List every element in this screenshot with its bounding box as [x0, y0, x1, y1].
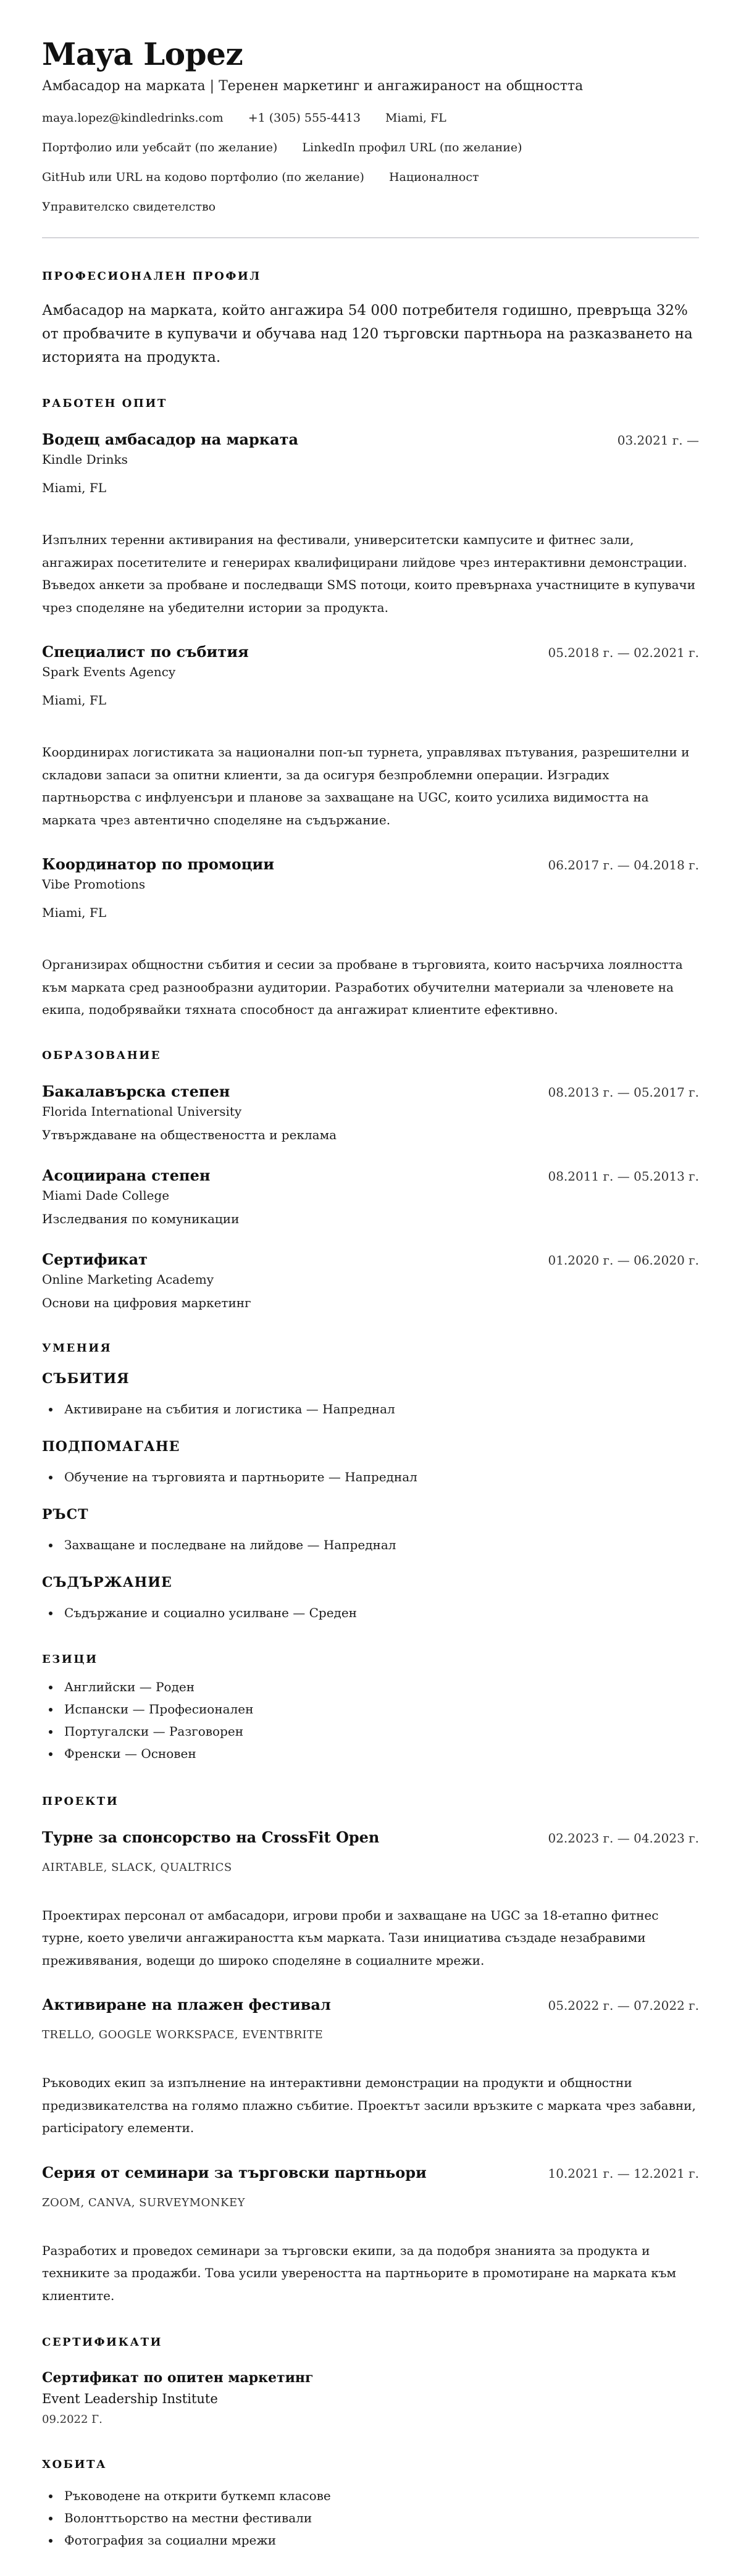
job-title: Водещ амбасадор на марката	[42, 430, 298, 450]
language-item: Португалски — Разговорен	[61, 1720, 699, 1742]
skills-section: УМЕНИЯ СЪБИТИЯ Активиране на събития и л…	[42, 1341, 699, 1624]
job-dates: 03.2021 г. —	[617, 433, 699, 448]
project-entry: Серия от семинари за търговски партньори…	[42, 2163, 699, 2307]
job-description: Организирах общностни събития и сесии за…	[42, 953, 699, 1021]
header-divider	[42, 237, 699, 238]
job-description: Координирах логистиката за национални по…	[42, 741, 699, 831]
resume-page: Maya Lopez Амбасадор на марката | Терене…	[0, 0, 741, 2576]
project-dates: 05.2022 г. — 07.2022 г.	[548, 1998, 699, 2013]
school: Online Marketing Academy	[42, 1271, 699, 1288]
language-item: Испански — Професионален	[61, 1698, 699, 1720]
certificates-section: СЕРТИФИКАТИ Сертификат по опитен маркети…	[42, 2335, 699, 2428]
profile-summary: Амбасадор на марката, който ангажира 54 …	[42, 299, 699, 369]
project-name: Активиране на плажен фестивал	[42, 1995, 331, 2015]
contact-row: maya.lopez@kindledrinks.com +1 (305) 555…	[42, 110, 699, 126]
education-section: ОБРАЗОВАНИЕ Бакалавърска степен 08.2013 …	[42, 1048, 699, 1311]
hobby-item: Волонттьорство на местни фестивали	[61, 2507, 699, 2529]
job-title: Специалист по събития	[42, 642, 249, 662]
skill-item: Захващане и последване на лийдове — Напр…	[61, 1534, 699, 1556]
location: Miami, FL	[385, 111, 446, 125]
project-name: Серия от семинари за търговски партньори	[42, 2163, 427, 2183]
linkedin-link[interactable]: LinkedIn профил URL (по желание)	[302, 141, 522, 154]
education-dates: 01.2020 г. — 06.2020 г.	[548, 1253, 699, 1268]
section-title: ПРОФЕСИОНАЛЕН ПРОФИЛ	[42, 269, 699, 284]
skill-item: Обучение на търговията и партньорите — Н…	[61, 1466, 699, 1488]
section-title: ПРОЕКТИ	[42, 1794, 699, 1809]
experience-entry: Координатор по промоции 06.2017 г. — 04.…	[42, 855, 699, 1021]
section-title: СЕРТИФИКАТИ	[42, 2335, 699, 2350]
certificate-issuer: Event Leadership Institute	[42, 2390, 699, 2408]
experience-section: РАБОТЕН ОПИТ Водещ амбасадор на марката …	[42, 396, 699, 1021]
skill-item: Съдържание и социално усилване — Среден	[61, 1602, 699, 1624]
experience-entry: Специалист по събития 05.2018 г. — 02.20…	[42, 642, 699, 831]
section-title: РАБОТЕН ОПИТ	[42, 396, 699, 411]
email[interactable]: maya.lopez@kindledrinks.com	[42, 111, 224, 125]
project-description: Ръководих екип за изпълнение на интеракт…	[42, 2072, 699, 2139]
languages-section: ЕЗИЦИ Английски — Роден Испански — Профе…	[42, 1652, 699, 1765]
contact-row: Портфолио или уебсайт (по желание) Linke…	[42, 140, 699, 156]
school: Florida International University	[42, 1103, 699, 1120]
project-description: Разработих и проведох семинари за търгов…	[42, 2239, 699, 2307]
degree: Бакалавърска степен	[42, 1082, 230, 1102]
job-dates: 06.2017 г. — 04.2018 г.	[548, 858, 699, 872]
language-list: Английски — Роден Испански — Професионал…	[42, 1676, 699, 1765]
skill-list: Обучение на търговията и партньорите — Н…	[42, 1466, 699, 1488]
education-dates: 08.2013 г. — 05.2017 г.	[548, 1085, 699, 1100]
portfolio-link[interactable]: Портфолио или уебсайт (по желание)	[42, 141, 277, 154]
skill-item: Активиране на събития и логистика — Напр…	[61, 1398, 699, 1420]
job-dates: 05.2018 г. — 02.2021 г.	[548, 645, 699, 660]
skill-group-title: РЪСТ	[42, 1505, 699, 1524]
nationality: Националност	[389, 170, 479, 184]
field-of-study: Основи на цифровия маркетинг	[42, 1294, 699, 1311]
skill-group-title: ПОДПОМАГАНЕ	[42, 1437, 699, 1456]
education-entry: Сертификат 01.2020 г. — 06.2020 г. Onlin…	[42, 1250, 699, 1311]
hobby-item: Ръководене на открити буткемп класове	[61, 2485, 699, 2507]
degree: Сертификат	[42, 1250, 148, 1269]
company: Vibe Promotions	[42, 876, 699, 893]
drivers-license: Управителско свидетелство	[42, 200, 216, 214]
project-tools: ZOOM, CANVA, SURVEYMONKEY	[42, 2195, 699, 2211]
language-item: Френски — Основен	[61, 1742, 699, 1765]
language-item: Английски — Роден	[61, 1676, 699, 1698]
project-entry: Активиране на плажен фестивал 05.2022 г.…	[42, 1995, 699, 2139]
hobby-item: Фотография за социални мрежи	[61, 2529, 699, 2551]
project-description: Проектирах персонал от амбасадори, игров…	[42, 1904, 699, 1972]
job-title: Координатор по промоции	[42, 855, 274, 874]
skill-group-title: СЪДЪРЖАНИЕ	[42, 1573, 699, 1592]
hobbies-section: ХОБИТА Ръководене на открити буткемп кла…	[42, 2457, 699, 2551]
section-title: ЕЗИЦИ	[42, 1652, 699, 1667]
contact-row: Управителско свидетелство	[42, 199, 699, 215]
certificate-name: Сертификат по опитен маркетинг	[42, 2369, 699, 2387]
skill-list: Захващане и последване на лийдове — Напр…	[42, 1534, 699, 1556]
candidate-name: Maya Lopez	[42, 36, 699, 73]
project-tools: TRELLO, GOOGLE WORKSPACE, EVENTBRITE	[42, 2027, 699, 2043]
experience-entry: Водещ амбасадор на марката 03.2021 г. — …	[42, 430, 699, 619]
github-link[interactable]: GitHub или URL на кодово портфолио (по ж…	[42, 170, 364, 184]
headline: Амбасадор на марката | Теренен маркетинг…	[42, 77, 699, 96]
hobby-list: Ръководене на открити буткемп класове Во…	[42, 2485, 699, 2551]
field-of-study: Утвърждаване на обществеността и реклама	[42, 1126, 699, 1144]
job-description: Изпълних теренни активирания на фестивал…	[42, 529, 699, 619]
project-dates: 02.2023 г. — 04.2023 г.	[548, 1831, 699, 1846]
job-location: Miami, FL	[42, 479, 699, 496]
section-title: ОБРАЗОВАНИЕ	[42, 1048, 699, 1063]
skill-list: Съдържание и социално усилване — Среден	[42, 1602, 699, 1624]
phone[interactable]: +1 (305) 555-4413	[248, 111, 361, 125]
project-tools: AIRTABLE, SLACK, QUALTRICS	[42, 1860, 699, 1876]
section-title: УМЕНИЯ	[42, 1341, 699, 1356]
field-of-study: Изследвания по комуникации	[42, 1210, 699, 1227]
certificate-date: 09.2022 Г.	[42, 2412, 699, 2428]
company: Kindle Drinks	[42, 451, 699, 468]
skill-group-title: СЪБИТИЯ	[42, 1370, 699, 1388]
school: Miami Dade College	[42, 1187, 699, 1204]
resume-header: Maya Lopez Амбасадор на марката | Терене…	[42, 36, 699, 238]
projects-section: ПРОЕКТИ Турне за спонсорство на CrossFit…	[42, 1794, 699, 2307]
profile-section: ПРОФЕСИОНАЛЕН ПРОФИЛ Амбасадор на маркат…	[42, 269, 699, 369]
contact-row: GitHub или URL на кодово портфолио (по ж…	[42, 169, 699, 185]
job-location: Miami, FL	[42, 692, 699, 709]
degree: Асоциирана степен	[42, 1166, 210, 1186]
project-name: Турне за спонсорство на CrossFit Open	[42, 1828, 379, 1847]
company: Spark Events Agency	[42, 663, 699, 680]
education-entry: Асоциирана степен 08.2011 г. — 05.2013 г…	[42, 1166, 699, 1227]
section-title: ХОБИТА	[42, 2457, 699, 2472]
project-entry: Турне за спонсорство на CrossFit Open 02…	[42, 1828, 699, 1972]
job-location: Miami, FL	[42, 904, 699, 921]
education-entry: Бакалавърска степен 08.2013 г. — 05.2017…	[42, 1082, 699, 1144]
project-dates: 10.2021 г. — 12.2021 г.	[548, 2166, 699, 2181]
education-dates: 08.2011 г. — 05.2013 г.	[548, 1169, 699, 1184]
skill-list: Активиране на събития и логистика — Напр…	[42, 1398, 699, 1420]
